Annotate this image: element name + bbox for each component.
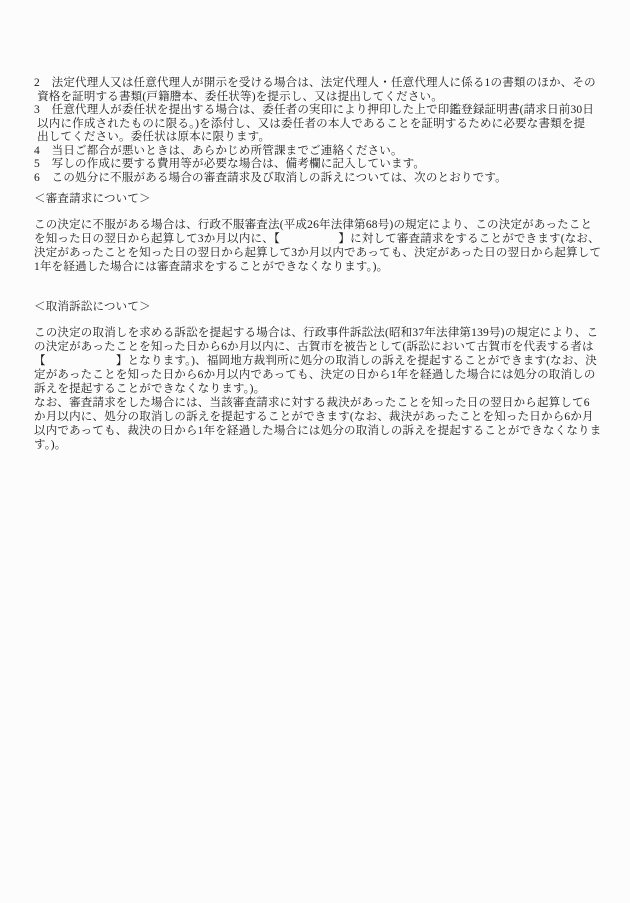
revocation-lawsuit-section-heading: ＜取消訴訟について＞ — [34, 300, 604, 314]
text-line: 2 法定代理人又は任意代理人が開示を受ける場合は、法定代理人・任意代理人に係る1… — [34, 77, 604, 91]
appeal-request-paragraph: この決定に不服がある場合は、行政不服審査法(平成26年法律第68号)の規定により… — [34, 218, 604, 274]
text-line: 以内であっても、裁決の日から1年を経過した場合には処分の取消しの訴えを提起するこ… — [34, 424, 604, 438]
text-line: 決定があったことを知った日の翌日から起算して3か月以内であっても、決定があった日… — [34, 246, 604, 260]
text-line: 1年を経過した場合には審査請求をすることができなくなります。)。 — [34, 260, 604, 274]
text-line: 4 当日ご都合が悪いときは、あらかじめ所管課までご連絡ください。 — [34, 145, 604, 159]
text-line: 定があったことを知った日から6か月以内であっても、決定の日から1年を経過した場合… — [34, 368, 604, 382]
text-line: の決定があったことを知った日から6か月以内に、古賀市を被告として(訴訟において古… — [34, 340, 604, 354]
text-line: 【 】となります。)、福岡地方裁判所に処分の取消しの訴えを提起することができます… — [34, 354, 604, 368]
text-line: 出してください。委任状は原本に限ります。 — [34, 131, 604, 145]
text-line: この決定の取消しを求める訴訟を提起する場合は、行政事件訴訟法(昭和37年法律第1… — [34, 326, 604, 340]
text-line: か月以内に、処分の取消しの訴えを提起することができます(なお、裁決があったことを… — [34, 410, 604, 424]
text-line: なお、審査請求をした場合には、当該審査請求に対する裁決があったことを知った日の翌… — [34, 396, 604, 410]
text-line: 訴えを提起することができなくなります。)。 — [34, 382, 604, 396]
text-line: 3 任意代理人が委任状を提出する場合は、委任者の実印により押印した上で印鑑登録証… — [34, 104, 604, 118]
text-line: 6 この処分に不服がある場合の審査請求及び取消しの訴えについては、次のとおりです… — [34, 172, 604, 186]
text-line: す。)。 — [34, 438, 604, 452]
numbered-instructions-list: 2 法定代理人又は任意代理人が開示を受ける場合は、法定代理人・任意代理人に係る1… — [34, 77, 604, 185]
revocation-lawsuit-paragraph: この決定の取消しを求める訴訟を提起する場合は、行政事件訴訟法(昭和37年法律第1… — [34, 326, 604, 452]
appeal-request-section-heading: ＜審査請求について＞ — [34, 192, 604, 206]
text-line: この決定に不服がある場合は、行政不服審査法(平成26年法律第68号)の規定により… — [34, 218, 604, 232]
text-line: を知った日の翌日から起算して3か月以内に、【 】に対して審査請求をすることができ… — [34, 232, 604, 246]
text-line: 資格を証明する書類(戸籍謄本、委任状等)を提示し、又は提出してください。 — [34, 91, 604, 105]
document-page: 2 法定代理人又は任意代理人が開示を受ける場合は、法定代理人・任意代理人に係る1… — [0, 0, 630, 903]
text-line: 5 写しの作成に要する費用等が必要な場合は、備考欄に記入しています。 — [34, 158, 604, 172]
text-line: 以内に作成されたものに限る。)を添付し、又は委任者の本人であることを証明するため… — [34, 118, 604, 132]
